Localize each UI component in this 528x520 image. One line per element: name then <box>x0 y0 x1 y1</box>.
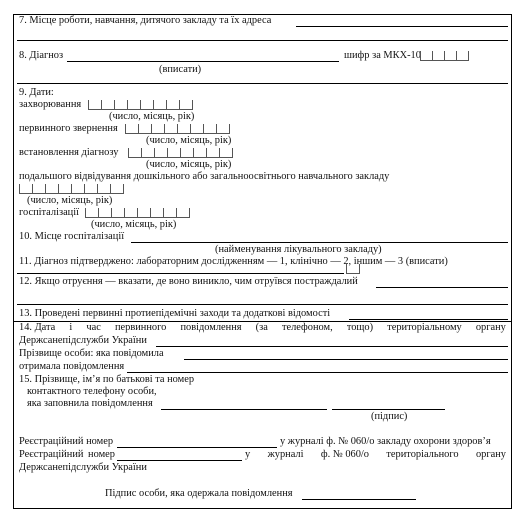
item7-field-line2[interactable] <box>17 40 508 41</box>
notification-form: 7. Місце роботи, навчання, дитячого закл… <box>13 14 512 509</box>
item11-label: 11. Діагноз підтверджено: лабораторним д… <box>19 256 448 268</box>
item14-label-line2: Держсанепідслужби України <box>19 335 147 347</box>
date-onset-cells[interactable] <box>88 100 193 110</box>
receiver-name-field[interactable] <box>127 372 508 373</box>
filler-name-phone-field[interactable] <box>161 409 327 410</box>
date-hint: (число, місяць, рік) <box>146 159 231 171</box>
date-hint: (число, місяць, рік) <box>91 219 176 231</box>
receiver-signature-label: Підпис особи, яка одержала повідомлення <box>105 488 293 500</box>
territorial-journal-label: у журналі ф. № 060/о територіального орг… <box>245 449 506 461</box>
date-hint: (число, місяць, рік) <box>109 111 194 123</box>
item10-label: 10. Місце госпіталізації <box>19 231 124 243</box>
receiver-label: отримала повідомлення <box>19 361 124 373</box>
filler-signature-field[interactable] <box>332 409 445 410</box>
icd10-code-cells[interactable] <box>420 51 469 61</box>
notification-datetime-field[interactable] <box>156 346 508 347</box>
icd10-code-label: шифр за МКХ-10 <box>344 50 421 62</box>
date-onset-label: захворювання <box>19 99 81 111</box>
hospitalization-place-field[interactable] <box>131 242 508 243</box>
item10-hint: (найменування лікувального закладу) <box>215 244 382 256</box>
date-school-visit-label: подальшого відвідування дошкільного або … <box>19 171 389 183</box>
date-first-visit-cells[interactable] <box>125 124 230 134</box>
item13-label: 13. Проведені первинні протиепідемічні з… <box>19 308 330 320</box>
item7-field[interactable] <box>296 26 508 27</box>
territorial-registration-number-field[interactable] <box>117 460 242 461</box>
divider <box>17 83 508 84</box>
territorial-organ-label: Держсанепідслужби України <box>19 462 147 474</box>
reporter-label: Прізвище особи: яка повідомила <box>19 348 164 360</box>
date-diagnosis-cells[interactable] <box>128 148 233 158</box>
date-hint: (число, місяць, рік) <box>146 135 231 147</box>
date-school-visit-cells[interactable] <box>19 184 124 194</box>
item15-label-line2: контактного телефону особи, <box>27 386 157 398</box>
facility-registration-number-field[interactable] <box>117 447 277 448</box>
item15-label-line3: яка заповнила повідомлення <box>27 398 153 410</box>
poisoning-field[interactable] <box>376 287 508 288</box>
date-hint: (число, місяць, рік) <box>27 195 112 207</box>
date-hospitalization-cells[interactable] <box>85 208 190 218</box>
item7-label: 7. Місце роботи, навчання, дитячого закл… <box>19 15 271 27</box>
registration-number-label: Реєстраційний номер <box>19 436 113 448</box>
item9-label: 9. Дати: <box>19 87 54 99</box>
confirmation-code-cell[interactable] <box>346 264 360 274</box>
measures-field[interactable] <box>349 319 508 320</box>
item12-label: 12. Якщо отруєння — вказати, де воно вин… <box>19 276 358 288</box>
receiver-signature-field[interactable] <box>302 499 416 500</box>
item8-hint: (вписати) <box>159 64 201 76</box>
diagnosis-confirmation-field[interactable] <box>17 273 344 274</box>
item8-label: 8. Діагноз <box>19 50 63 62</box>
registration-number-label-2: Реєстраційний номер <box>19 449 115 461</box>
date-diagnosis-label: встановлення діагнозу <box>19 147 118 159</box>
facility-journal-label: у журналі ф. № 060/о закладу охорони здо… <box>280 436 491 448</box>
poisoning-field-line2[interactable] <box>17 304 508 305</box>
date-hospitalization-label: госпіталізації <box>19 207 79 219</box>
date-first-visit-label: первинного звернення <box>19 123 118 135</box>
diagnosis-field[interactable] <box>67 61 339 62</box>
item14-label-line1: 14. Дата і час первинного повідомлення (… <box>19 322 506 334</box>
signature-hint: (підпис) <box>371 411 407 423</box>
item15-label-line1: 15. Прізвище, ім’я по батькові та номер <box>19 374 194 386</box>
reporter-name-field[interactable] <box>184 359 508 360</box>
